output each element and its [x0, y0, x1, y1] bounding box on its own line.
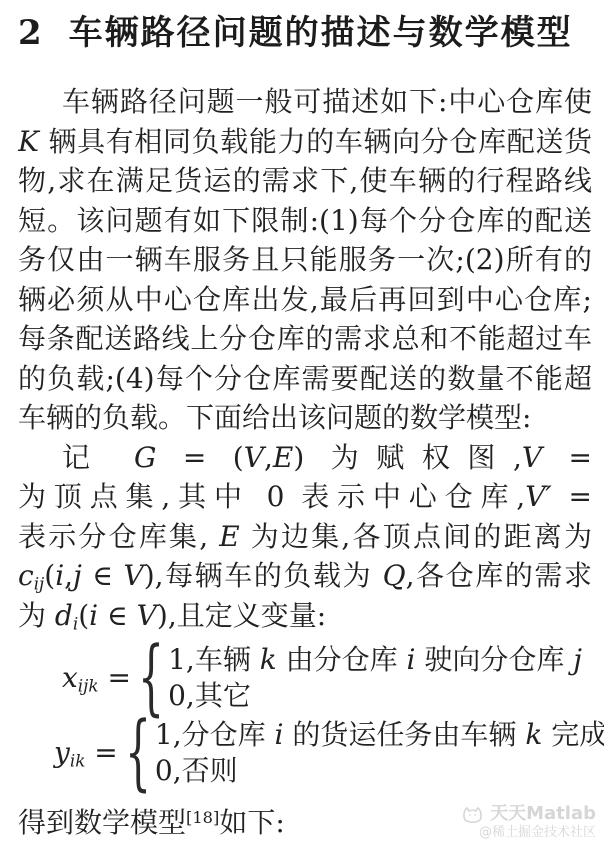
text-run: 为顶点集,其中	[18, 480, 267, 513]
paragraph1-line: 务仅由一辆车服务且只能服务一次;(2)所有的车	[18, 240, 592, 280]
paragraph1-line: 车辆路径问题一般可描述如下:中心仓库使用	[18, 82, 592, 122]
math-variable: V′	[525, 480, 552, 513]
math-variable: y	[54, 736, 70, 769]
text-run: 务仅由一辆车服务且只能服务一次;(2)所有的车	[18, 243, 592, 280]
formula-case: 0,否则	[155, 753, 604, 789]
formula-yik-cases: 1,分仓库 i 的货运任务由车辆 k 完成 0,否则	[155, 717, 604, 789]
formula-xijk-cases: 1,车辆 k 由分仓库 i 驶向分仓库 j 0,其它	[168, 642, 582, 714]
math-variable: i	[55, 559, 64, 592]
math-variable: G	[134, 441, 156, 474]
text-run: 车辆路径问题一般可描述如下:中心仓库使用	[62, 85, 592, 122]
math-roman: ,	[264, 441, 273, 474]
math-variable: V	[137, 599, 157, 632]
math-roman: = (	[156, 441, 243, 474]
math-roman: =	[99, 661, 131, 694]
text-run: ,且定义变量:	[168, 599, 326, 632]
text-run: 由分仓库	[277, 643, 407, 676]
math-roman: ∈	[82, 559, 124, 592]
math-variable: E	[273, 441, 293, 474]
text-run: 车辆的负载。下面给出该问题的数学模型:	[18, 401, 531, 434]
math-variable: V	[244, 441, 264, 474]
paragraph2-line: 为 di(i ∈ V),且定义变量:	[18, 596, 592, 636]
math-roman: )	[144, 559, 155, 592]
citation-superscript: [18]	[186, 808, 219, 827]
math-roman: ,	[64, 559, 73, 592]
paragraph2-line: 为顶点集,其中 0 表示中心仓库,V′ = {1,2,⋯,n}	[18, 477, 592, 517]
cat-logo-icon	[461, 804, 485, 824]
text-run: 分仓库	[182, 718, 275, 751]
math-variable: k	[525, 718, 542, 751]
text-run: 为边集,各顶点间的距离为	[240, 520, 592, 553]
math-variable: V	[123, 559, 143, 592]
section-heading: 2车辆路径问题的描述与数学模型	[18, 5, 594, 54]
text-run: 得到数学模型	[18, 806, 186, 839]
math-roman: 1,	[168, 643, 195, 676]
math-roman: 0,	[155, 754, 182, 787]
text-run: 短。该问题有如下限制:(1)每个分仓库的配送任	[18, 204, 592, 241]
text-run: 的货运任务由车辆	[284, 718, 526, 751]
text-run: ,每辆车的负载为	[155, 559, 383, 592]
math-variable: V	[522, 441, 542, 474]
math-roman: 0	[267, 480, 302, 513]
paragraph1-line: 物,求在满足货运的需求下,使车辆的行程路线最	[18, 161, 592, 201]
watermark-brand: 天天Matlab	[490, 804, 596, 824]
math-variable: Q	[383, 559, 406, 592]
text-run: 辆具有相同负载能力的车辆向分仓库配送货	[39, 125, 592, 158]
math-variable: K	[18, 125, 39, 158]
text-run: 每条配送路线上分仓库的需求总和不能超过车辆	[18, 322, 592, 359]
text-run: 表示分仓库集,	[18, 520, 219, 553]
paragraph1-line: 每条配送路线上分仓库的需求总和不能超过车辆	[18, 319, 592, 359]
text-run: 其它	[195, 679, 251, 712]
text-run: 为赋权图,	[331, 441, 522, 474]
paragraph2-line: cij(i,j ∈ V),每辆车的负载为 Q,各仓库的需求	[18, 556, 592, 596]
text-run: 物,求在满足货运的需求下,使车辆的行程路线最	[18, 164, 592, 201]
math-variable: c	[18, 559, 34, 592]
math-variable: i	[89, 599, 98, 632]
math-roman: )	[293, 441, 330, 474]
formula-case: 1,分仓库 i 的货运任务由车辆 k 完成	[155, 717, 604, 753]
paragraph1-line: 车辆的负载。下面给出该问题的数学模型:	[18, 398, 592, 438]
text-run: 表示中心仓库,	[301, 480, 525, 513]
math-subscript: ik	[70, 750, 86, 770]
math-subscript: ij	[34, 574, 45, 594]
paragraph2-line: 表示分仓库集, E 为边集,各顶点间的距离为	[18, 517, 592, 557]
math-roman: (	[78, 599, 89, 632]
text-run: 辆必须从中心仓库出发,最后再回到中心仓库;(3)	[18, 283, 592, 320]
watermark: 天天Matlab @稀土掘金技术社区	[461, 804, 596, 841]
text-run: 如下:	[219, 806, 284, 839]
math-variable: i	[275, 718, 284, 751]
math-roman: )	[157, 599, 168, 632]
math-subscript: ijk	[78, 675, 99, 695]
text-run: ,各仓库的需求	[406, 559, 592, 592]
paragraph1-line: K 辆具有相同负载能力的车辆向分仓库配送货	[18, 122, 592, 162]
math-roman: 0,	[168, 679, 195, 712]
paper-page: 2车辆路径问题的描述与数学模型 车辆路径问题一般可描述如下:中心仓库使用 K 辆…	[0, 0, 604, 846]
section-number: 2	[18, 13, 42, 53]
formula-xijk-lhs: xijk =	[62, 661, 131, 696]
paragraph1-line: 辆必须从中心仓库出发,最后再回到中心仓库;(3)	[18, 280, 592, 320]
formula-yik: yik = { 1,分仓库 i 的货运任务由车辆 k 完成 0,否则	[18, 715, 592, 791]
text-run: 为	[18, 599, 55, 632]
text-run: 车辆	[195, 643, 260, 676]
math-variable: E	[219, 520, 239, 553]
paragraph1-line: 的负载;(4)每个分仓库需要配送的数量不能超过	[18, 359, 592, 399]
text-run: 的负载;(4)每个分仓库需要配送的数量不能超过	[18, 362, 592, 399]
section-title: 车辆路径问题的描述与数学模型	[69, 13, 573, 53]
text-run: 驶向分仓库	[415, 643, 573, 676]
math-roman: ∈	[98, 599, 137, 632]
math-roman: (	[44, 559, 55, 592]
formula-case: 1,车辆 k 由分仓库 i 驶向分仓库 j	[168, 642, 582, 678]
math-variable: j	[73, 559, 82, 592]
formula-xijk: xijk = { 1,车辆 k 由分仓库 i 驶向分仓库 j 0,其它	[18, 641, 592, 715]
formula-yik-lhs: yik =	[54, 736, 118, 771]
text-run: 否则	[182, 754, 238, 787]
formula-case: 0,其它	[168, 678, 582, 714]
math-variable: k	[260, 643, 277, 676]
text-run: 完成	[542, 718, 604, 751]
body-text-column: 车辆路径问题一般可描述如下:中心仓库使用 K 辆具有相同负载能力的车辆向分仓库配…	[18, 82, 592, 843]
paragraph1-line: 短。该问题有如下限制:(1)每个分仓库的配送任	[18, 201, 592, 241]
paragraph2-line: 记 G = (V,E) 为赋权图,V = {0,1,2,⋯,n}	[18, 438, 592, 478]
watermark-handle: @稀土掘金技术社区	[461, 825, 596, 841]
math-roman: =	[85, 736, 117, 769]
left-brace-glyph: {	[125, 712, 151, 794]
math-variable: d	[55, 599, 73, 632]
text-run: 记	[62, 441, 134, 474]
math-variable: j	[573, 643, 582, 676]
math-variable: x	[62, 661, 78, 694]
watermark-brand-row: 天天Matlab	[461, 804, 596, 824]
